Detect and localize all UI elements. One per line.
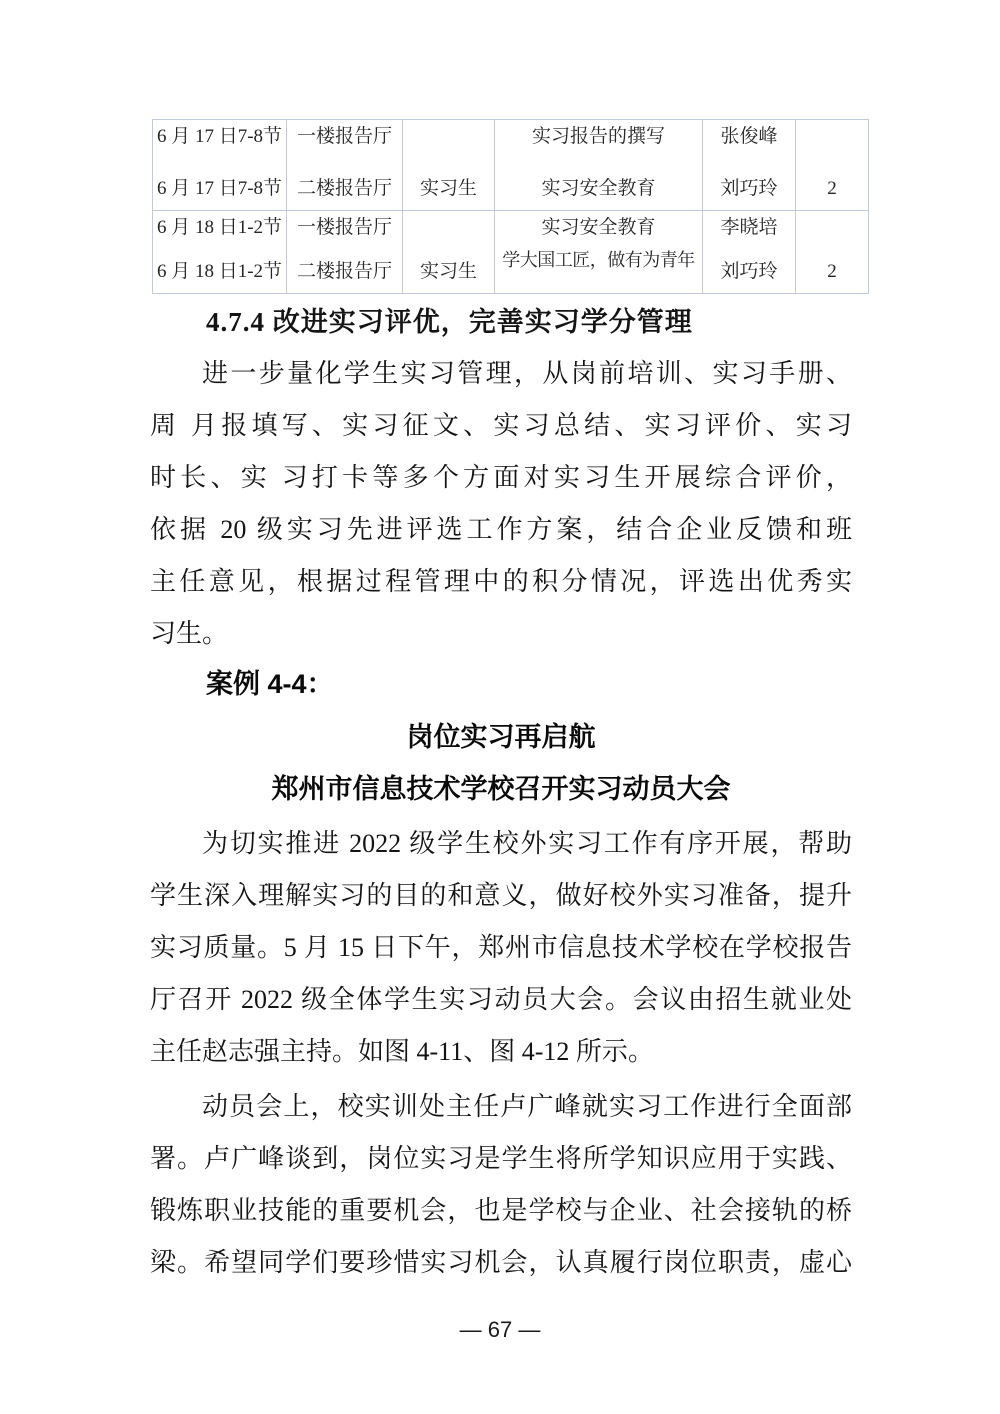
- section-heading-4-7-4: 4.7.4 改进实习评优，完善实习学分管理: [150, 296, 908, 348]
- paragraph-line: 动员会上，校实训处主任卢广峰就实习工作进行全面部: [150, 1081, 852, 1133]
- cell-location: 一楼报告厅 二楼报告厅: [287, 120, 403, 211]
- paragraph-line: 进一步量化学生实习管理，从岗前培训、实习手册、: [150, 348, 852, 400]
- date-text: 6 月 18 日1-2节: [157, 259, 282, 285]
- cell-content: 实习报告的撰写 实习安全教育: [495, 120, 703, 211]
- paragraph-mobilization-intro: 为切实推进 2022 级学生校外实习工作有序开展，帮助 学生深入理解实习的目的和…: [150, 818, 852, 1078]
- cell-hours: 2: [796, 211, 869, 294]
- speaker-text: 刘巧玲: [720, 176, 777, 202]
- attendee-text: 实习生: [420, 176, 477, 202]
- paragraph-line: 梁。希望同学们要珍惜实习机会，认真履行岗位职责，虚心: [150, 1237, 852, 1289]
- speaker-text: 李晓培: [720, 215, 777, 241]
- date-text: 6 月 18 日1-2节: [157, 215, 282, 241]
- location-text: 一楼报告厅: [297, 215, 392, 241]
- content-text: 实习安全教育: [541, 176, 655, 202]
- cell-speaker: 张俊峰 刘巧玲: [703, 120, 796, 211]
- cell-attendee: 实习生: [403, 120, 495, 211]
- paragraph-line: 主任意见，根据过程管理中的积分情况，评选出优秀实: [150, 556, 852, 608]
- cell-location: 一楼报告厅 二楼报告厅: [287, 211, 403, 294]
- content-text: 学大国工匠，做有为青年: [502, 247, 695, 273]
- paragraph-line: 署。卢广峰谈到，岗位实习是学生将所学知识应用于实践、: [150, 1133, 852, 1185]
- document-page: 6 月 17 日7-8节 6 月 17 日7-8节 一楼报告厅 二楼报告厅 实习…: [0, 0, 1000, 1414]
- paragraph-line: 锻炼职业技能的重要机会，也是学校与企业、社会接轨的桥: [150, 1185, 852, 1237]
- location-text: 二楼报告厅: [297, 176, 392, 202]
- speaker-text: 张俊峰: [720, 124, 777, 150]
- paragraph-line: 习生。: [150, 608, 852, 660]
- table-row: 6 月 18 日1-2节 6 月 18 日1-2节 一楼报告厅 二楼报告厅 实习…: [153, 211, 869, 294]
- case-title-line2: 郑州市信息技术学校召开实习动员大会: [150, 763, 852, 815]
- paragraph-line: 为切实推进 2022 级学生校外实习工作有序开展，帮助: [150, 818, 852, 870]
- cell-content: 实习安全教育 学大国工匠，做有为青年: [495, 211, 703, 294]
- content-text: 实习安全教育: [541, 215, 655, 241]
- content-text: 实习报告的撰写: [532, 124, 665, 150]
- paragraph-line: 厅召开 2022 级全体学生实习动员大会。会议由招生就业处: [150, 974, 852, 1026]
- date-text: 6 月 17 日7-8节: [157, 124, 282, 150]
- cell-hours: 2: [796, 120, 869, 211]
- attendee-text: 实习生: [420, 259, 477, 285]
- schedule-table: 6 月 17 日7-8节 6 月 17 日7-8节 一楼报告厅 二楼报告厅 实习…: [152, 119, 869, 294]
- paragraph-mobilization-speech: 动员会上，校实训处主任卢广峰就实习工作进行全面部 署。卢广峰谈到，岗位实习是学生…: [150, 1081, 852, 1289]
- paragraph-line: 学生深入理解实习的目的和意义，做好校外实习准备，提升: [150, 870, 852, 922]
- paragraph-evaluation: 进一步量化学生实习管理，从岗前培训、实习手册、 周 月报填写、实习征文、实习总结…: [150, 348, 852, 660]
- case-label: 案例 4-4：: [150, 658, 908, 710]
- hours-text: 2: [827, 259, 837, 285]
- paragraph-line: 依据 20 级实习先进评选工作方案，结合企业反馈和班: [150, 504, 852, 556]
- paragraph-line: 主任赵志强主持。如图 4-11、图 4-12 所示。: [150, 1026, 852, 1078]
- paragraph-line: 时长、实 习打卡等多个方面对实习生开展综合评价，: [150, 452, 852, 504]
- location-text: 一楼报告厅: [297, 124, 392, 150]
- case-title-line1: 岗位实习再启航: [150, 711, 852, 763]
- paragraph-line: 周 月报填写、实习征文、实习总结、实习评价、实习: [150, 400, 852, 452]
- table-row: 6 月 17 日7-8节 6 月 17 日7-8节 一楼报告厅 二楼报告厅 实习…: [153, 120, 869, 211]
- paragraph-line: 实习质量。5 月 15 日下午，郑州市信息技术学校在学校报告: [150, 922, 852, 974]
- speaker-text: 刘巧玲: [720, 259, 777, 285]
- date-text: 6 月 17 日7-8节: [157, 176, 282, 202]
- cell-date: 6 月 18 日1-2节 6 月 18 日1-2节: [153, 211, 287, 294]
- cell-speaker: 李晓培 刘巧玲: [703, 211, 796, 294]
- page-number: — 67 —: [0, 1310, 1000, 1350]
- hours-text: 2: [827, 176, 837, 202]
- cell-attendee: 实习生: [403, 211, 495, 294]
- cell-date: 6 月 17 日7-8节 6 月 17 日7-8节: [153, 120, 287, 211]
- location-text: 二楼报告厅: [297, 259, 392, 285]
